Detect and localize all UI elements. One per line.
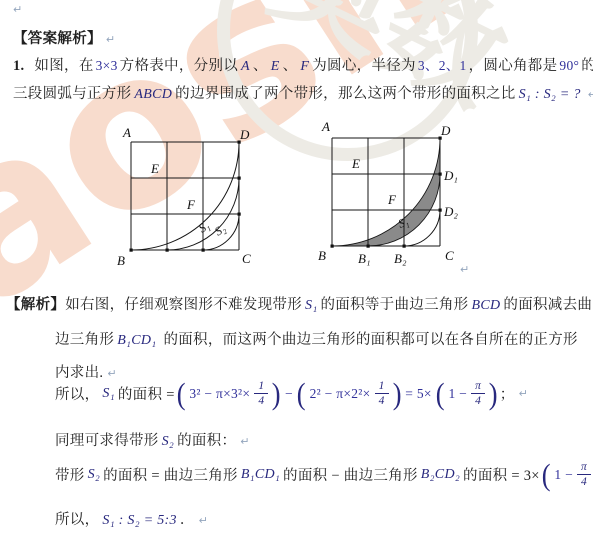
- paragraph-mark-icon: ↵: [519, 387, 529, 400]
- big-paren-open: (: [297, 380, 306, 408]
- label-B2: B₂: [394, 251, 407, 266]
- label-D1: D₁: [443, 168, 458, 183]
- label-F: F: [387, 192, 397, 207]
- fraction-1-4: 14: [375, 380, 389, 407]
- formula-S2-area: 带形 S₂ 的面积 = 曲边三角形 B₁CD₁ 的面积 − 曲边三角形 B₂CD…: [55, 461, 593, 489]
- label-B1: B₁: [358, 251, 370, 266]
- label-D: D: [239, 127, 250, 142]
- label-C: C: [445, 248, 454, 263]
- label-D2: D₂: [443, 204, 458, 219]
- label-S2: S₂: [212, 221, 228, 238]
- label-A: A: [122, 125, 131, 140]
- figure-grid-left: A D B C E F S₁ S₂: [110, 122, 262, 276]
- empty-paragraph-line: ↵: [13, 1, 23, 18]
- analysis-label: 【解析】: [6, 297, 65, 313]
- label-E: E: [351, 156, 360, 171]
- analysis-line-5: 同理可求得带形S₂的面积：↵: [55, 429, 250, 450]
- paragraph-mark-icon: ↵: [240, 435, 250, 448]
- problem-line-1: 1. 如图，在3×3方格表中，分别以A、E、F为圆心，半径为3、2、1，圆心角都…: [13, 54, 593, 75]
- big-paren-close: ): [272, 380, 281, 408]
- figures-paragraph-end: ↵: [460, 261, 470, 278]
- document-page: { "watermark": { "word": "aoshu", "stamp…: [0, 0, 593, 537]
- fraction-1-4: 14: [254, 380, 268, 407]
- heading-text: 【答案解析】: [13, 31, 102, 47]
- label-C: C: [242, 251, 251, 266]
- label-D: D: [440, 123, 451, 138]
- label-B: B: [117, 253, 125, 268]
- paragraph-mark-icon: ↵: [199, 514, 209, 527]
- fraction-pi-4: π4: [577, 461, 591, 488]
- analysis-line-2: 边三角形B₁CD₁的面积，而这两个曲边三角形的面积都可以在各自所在的正方形: [55, 328, 578, 349]
- answer-analysis-heading: 【答案解析】↵: [13, 27, 115, 48]
- analysis-line-3: 内求出.↵: [55, 361, 117, 382]
- paragraph-mark-icon: ↵: [107, 367, 117, 380]
- paragraph-mark-icon: ↵: [13, 3, 23, 16]
- label-E: E: [150, 161, 159, 176]
- label-S1: S₁: [196, 218, 212, 235]
- label-F: F: [186, 197, 196, 212]
- problem-number: 1.: [13, 58, 24, 74]
- document-content: ↵ 【答案解析】↵ 1. 如图，在3×3方格表中，分别以A、E、F为圆心，半径为…: [0, 0, 593, 537]
- paragraph-mark-icon: ↵: [106, 33, 116, 46]
- conclusion-line: 所以，S₁ : S₂ = 5:3．↵: [55, 508, 208, 529]
- paragraph-mark-icon: ↵: [588, 88, 593, 101]
- big-paren-close: ): [392, 380, 401, 408]
- big-paren-open: (: [436, 380, 445, 408]
- big-paren-open: (: [542, 461, 551, 489]
- shaded-band-S1: [332, 138, 440, 246]
- analysis-line-1: 【解析】如右图，仔细观察图形不难发现带形S₁的面积等于曲边三角形BCD的面积减去…: [6, 293, 592, 314]
- big-paren-open: (: [176, 380, 185, 408]
- big-paren-close: ): [489, 380, 498, 408]
- paragraph-mark-icon: ↵: [460, 263, 470, 276]
- label-A: A: [321, 119, 330, 134]
- fraction-pi-4: π4: [471, 380, 485, 407]
- figure-grid-right: A D B C E F D₁ D₂ B₁ B₂ S₁: [313, 118, 475, 272]
- formula-S1-area: 所以， S₁ 的面积 = ( 3² − π×3²× 14 ) − ( 2² − …: [55, 380, 528, 408]
- label-B: B: [318, 248, 326, 263]
- problem-line-2: 三段圆弧与正方形ABCD的边界围成了两个带形，那么这两个带形的面积之比S₁ : …: [13, 82, 593, 103]
